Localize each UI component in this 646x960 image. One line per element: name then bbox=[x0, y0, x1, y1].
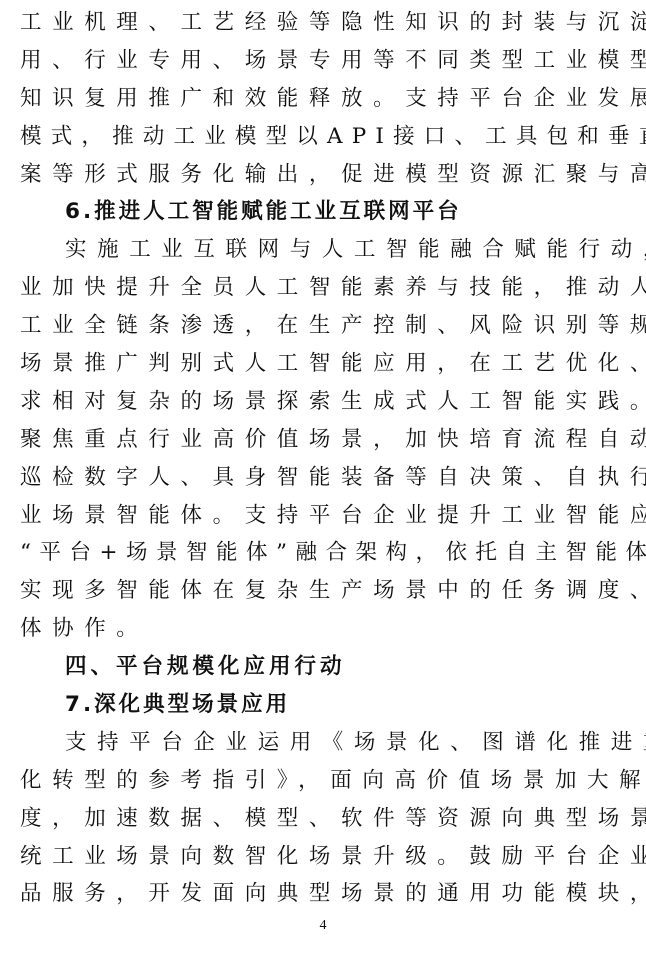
body-line: 知识复用推广和效能释放。支持平台企业发展模型即服务等 bbox=[20, 80, 612, 118]
part-4-heading: 四、平台规模化应用行动 bbox=[20, 648, 612, 686]
body-line: 化转型的参考指引》，面向高价值场景加大解决方案开发力 bbox=[20, 762, 612, 800]
body-line: 支持平台企业运用《场景化、图谱化推进重点行业数字 bbox=[20, 724, 612, 762]
body-line: 度，加速数据、模型、软件等资源向典型场景集聚，推动传 bbox=[20, 800, 612, 838]
body-line: 统工业场景向数智化场景升级。鼓励平台企业解构数智化产 bbox=[20, 838, 612, 876]
body-line: 聚焦重点行业高价值场景，加快培育流程自动化助手、智慧 bbox=[20, 421, 612, 459]
body-line: 品服务，开发面向典型场景的通用功能模块，提升解决方案 bbox=[20, 875, 612, 913]
body-line: 工业全链条渗透，在生产控制、风险识别等规则相对明确的 bbox=[20, 307, 612, 345]
body-line: 业加快提升全员人工智能素养与技能，推动人工智能技术在 bbox=[20, 269, 612, 307]
body-line: 实现多智能体在复杂生产场景中的任务调度、信息共享与群 bbox=[20, 572, 612, 610]
section-7-heading: 7.深化典型场景应用 bbox=[20, 686, 612, 724]
body-line: 业场景智能体。支持平台企业提升工业智能应用水平，探索 bbox=[20, 497, 612, 535]
body-line: 场景推广判别式人工智能应用，在工艺优化、方案设计等需 bbox=[20, 345, 612, 383]
body-line: 求相对复杂的场景探索生成式人工智能实践。支持平台企业 bbox=[20, 383, 612, 421]
body-line: “平台+场景智能体”融合架构，依托自主智能体互联协议， bbox=[20, 534, 612, 572]
section-6-heading: 6.推进人工智能赋能工业互联网平台 bbox=[20, 193, 612, 231]
document-page: 工业机理、工艺经验等隐性知识的封装与沉淀，共建基础通 用、行业专用、场景专用等不… bbox=[20, 4, 612, 913]
page-number: 4 bbox=[0, 918, 646, 934]
body-line: 实施工业互联网与人工智能融合赋能行动，引导平台企 bbox=[20, 231, 612, 269]
body-line: 巡检数字人、具身智能装备等自决策、自执行、自演进的工 bbox=[20, 459, 612, 497]
body-line: 体协作。 bbox=[20, 610, 612, 648]
body-line: 模式，推动工业模型以API接口、工具包和垂直场景解决方 bbox=[20, 118, 612, 156]
body-line: 用、行业专用、场景专用等不同类型工业模型库，加速工业 bbox=[20, 42, 612, 80]
body-line: 案等形式服务化输出，促进模型资源汇聚与高效流通。 bbox=[20, 156, 612, 194]
body-line: 工业机理、工艺经验等隐性知识的封装与沉淀，共建基础通 bbox=[20, 4, 612, 42]
